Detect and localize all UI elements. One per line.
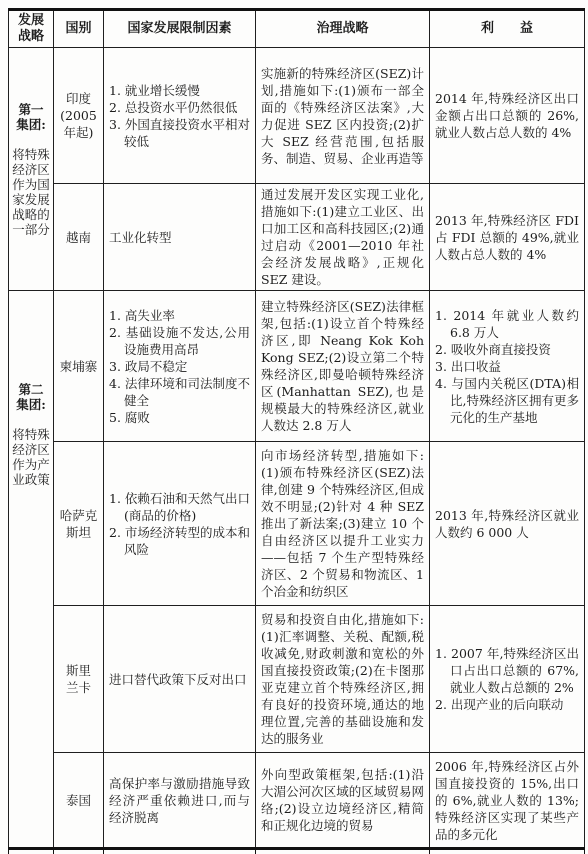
group2-description: 将特殊 经济区 作为产 业政策	[11, 427, 51, 487]
table-continuation-line	[53, 849, 54, 854]
list-item: 2. 市场经济转型的成本和风险	[109, 524, 250, 558]
cell-india-governance: 实施新的特殊经济区(SEZ)计划,措施如下:(1)颁布一部全面的《特殊经济区法案…	[256, 48, 430, 184]
governance-text: 外向型政策框架,包括:(1)沿大湄公河次区域的区域贸易网络;(2)设立边境经济区…	[261, 766, 424, 834]
header-benefits: 利 益	[430, 10, 585, 48]
cell-vietnam-constraints: 工业化转型	[104, 184, 256, 291]
list-item: 3. 政局不稳定	[109, 358, 250, 375]
cell-kazakhstan-governance: 向市场经济转型,措施如下:(1)颁布特殊经济区(SEZ)法律,创建 9 个特殊经…	[256, 442, 430, 606]
row-vietnam: 越南 工业化转型 通过发展开发区实现工业化,措施如下:(1)建立工业区、出口加工…	[9, 184, 585, 291]
table-continuation-line	[255, 849, 256, 854]
list-item: 1. 2007 年,特殊经济区出口占出口总额的 67%,就业人数占总额的 2%	[435, 645, 579, 696]
cell-thailand-constraints: 高保护率与激励措施导致经济严重依赖进口,而与经济脱离	[104, 753, 256, 849]
row-india: 第一 集团: 将特殊 经济区 作为国 家发展 战略的 一部分 印度 (2005 …	[9, 48, 585, 184]
governance-text: 实施新的特殊经济区(SEZ)计划,措施如下:(1)颁布一部全面的《特殊经济区法案…	[261, 65, 424, 167]
cell-india-country: 印度 (2005 年起)	[54, 48, 104, 184]
list-item: 2. 出现产业的后向联动	[435, 696, 579, 713]
list-item: 3. 出口收益	[435, 358, 579, 375]
cell-india-constraints: 1. 就业增长缓慢 2. 总投资水平仍然很低 3. 外国直接投资水平相对较低	[104, 48, 256, 184]
benefits-text: 2014 年,特殊经济区出口金额占出口总额的 26%,就业人数占总人数的 4%	[435, 90, 579, 141]
list-item: 2. 总投资水平仍然很低	[109, 99, 250, 116]
cell-thailand-benefits: 2006 年,特殊经济区占外国直接投资的 15%,出口的 6%,就业人数的 13…	[430, 753, 585, 849]
cell-thailand-country: 泰国	[54, 753, 104, 849]
table-continuation-line	[584, 849, 585, 854]
group1-title: 第一 集团:	[11, 102, 51, 132]
cell-cambodia-constraints: 1. 高失业率 2. 基础设施不发达,公用设施费用高昂 3. 政局不稳定 4. …	[104, 291, 256, 442]
list-item: 3. 外国直接投资水平相对较低	[109, 116, 250, 150]
governance-text: 贸易和投资自由化,措施如下:(1)汇率调整、关税、配额,税收减免,财政刺激和宽松…	[261, 611, 424, 747]
cell-kazakhstan-benefits: 2013 年,特殊经济区就业人数约 6 000 人	[430, 442, 585, 606]
group1-label: 第一 集团: 将特殊 经济区 作为国 家发展 战略的 一部分	[11, 87, 51, 252]
list-item: 1. 2014 年就业人数约 6.8 万人	[435, 307, 579, 341]
row-thailand: 泰国 高保护率与激励措施导致经济严重依赖进口,而与经济脱离 外向型政策框架,包括…	[9, 753, 585, 849]
list-item: 2. 吸收外商直接投资	[435, 341, 579, 358]
cell-vietnam-benefits: 2013 年,特殊经济区 FDI 占 FDI 总额的 49%,就业人数占总人数的…	[430, 184, 585, 291]
governance-text: 建立特殊经济区(SEZ)法律框架,包括:(1)设立首个特殊经济区,即 Neang…	[261, 298, 424, 434]
group2-label: 第二 集团: 将特殊 经济区 作为产 业政策	[11, 367, 51, 502]
row-cambodia: 第二 集团: 将特殊 经济区 作为产 业政策 柬埔寨 1. 高失业率 2. 基础…	[9, 291, 585, 442]
constraints-text: 高保护率与激励措施导致经济严重依赖进口,而与经济脱离	[109, 775, 250, 826]
header-development-strategy: 发展 战略	[9, 10, 54, 48]
header-constraints: 国家发展限制因素	[104, 10, 256, 48]
governance-text: 向市场经济转型,措施如下:(1)颁布特殊经济区(SEZ)法律,创建 9 个特殊经…	[261, 447, 424, 600]
header-country: 国别	[54, 10, 104, 48]
cell-vietnam-governance: 通过发展开发区实现工业化,措施如下:(1)建立工业区、出口加工区和高科技园区;(…	[256, 184, 430, 291]
list-item: 4. 法律环境和司法制度不健全	[109, 375, 250, 409]
cell-srilanka-benefits: 1. 2007 年,特殊经济区出口占出口总额的 67%,就业人数占总额的 2% …	[430, 606, 585, 753]
cell-srilanka-constraints: 进口替代政策下反对出口	[104, 606, 256, 753]
list-item: 2. 基础设施不发达,公用设施费用高昂	[109, 324, 250, 358]
row-srilanka: 斯里 兰卡 进口替代政策下反对出口 贸易和投资自由化,措施如下:(1)汇率调整、…	[9, 606, 585, 753]
table-header-row: 发展 战略 国别 国家发展限制因素 治理战略 利 益	[9, 10, 585, 48]
list-item: 1. 就业增长缓慢	[109, 82, 250, 99]
benefits-text: 2013 年,特殊经济区就业人数约 6 000 人	[435, 507, 579, 541]
cell-vietnam-country: 越南	[54, 184, 104, 291]
table-continuation-line	[103, 849, 104, 854]
cell-cambodia-governance: 建立特殊经济区(SEZ)法律框架,包括:(1)设立首个特殊经济区,即 Neang…	[256, 291, 430, 442]
cell-india-benefits: 2014 年,特殊经济区出口金额占出口总额的 26%,就业人数占总人数的 4%	[430, 48, 585, 184]
benefits-text: 2013 年,特殊经济区 FDI 占 FDI 总额的 49%,就业人数占总人数的…	[435, 212, 579, 263]
table-continuation-line	[8, 849, 9, 854]
cell-cambodia-country: 柬埔寨	[54, 291, 104, 442]
constraints-text: 进口替代政策下反对出口	[109, 671, 250, 688]
list-item: 5. 腐败	[109, 409, 250, 426]
cell-cambodia-benefits: 1. 2014 年就业人数约 6.8 万人 2. 吸收外商直接投资 3. 出口收…	[430, 291, 585, 442]
cell-group2-label: 第二 集团: 将特殊 经济区 作为产 业政策	[9, 291, 54, 849]
cell-srilanka-country: 斯里 兰卡	[54, 606, 104, 753]
group2-title: 第二 集团:	[11, 382, 51, 412]
list-item: 4. 与国内关税区(DTA)相比,特殊经济区拥有更多元化的生产基地	[435, 375, 579, 426]
cell-kazakhstan-country: 哈萨克 斯坦	[54, 442, 104, 606]
cell-group1-label: 第一 集团: 将特殊 经济区 作为国 家发展 战略的 一部分	[9, 48, 54, 291]
cell-kazakhstan-constraints: 1. 依赖石油和天然气出口(商品的价格) 2. 市场经济转型的成本和风险	[104, 442, 256, 606]
benefits-text: 2006 年,特殊经济区占外国直接投资的 15%,出口的 6%,就业人数的 13…	[435, 758, 579, 843]
cell-thailand-governance: 外向型政策框架,包括:(1)沿大湄公河次区域的区域贸易网络;(2)设立边境经济区…	[256, 753, 430, 849]
cell-srilanka-governance: 贸易和投资自由化,措施如下:(1)汇率调整、关税、配额,税收减免,财政刺激和宽松…	[256, 606, 430, 753]
book-page: 发展 战略 国别 国家发展限制因素 治理战略 利 益 第一 集团: 将特殊 经济…	[0, 0, 588, 854]
row-kazakhstan: 哈萨克 斯坦 1. 依赖石油和天然气出口(商品的价格) 2. 市场经济转型的成本…	[9, 442, 585, 606]
constraints-text: 工业化转型	[109, 229, 250, 246]
list-item: 1. 依赖石油和天然气出口(商品的价格)	[109, 490, 250, 524]
header-governance: 治理战略	[256, 10, 430, 48]
table-continuation-line	[429, 849, 430, 854]
governance-text: 通过发展开发区实现工业化,措施如下:(1)建立工业区、出口加工区和高科技园区;(…	[261, 186, 424, 288]
group1-description: 将特殊 经济区 作为国 家发展 战略的 一部分	[11, 147, 51, 237]
list-item: 1. 高失业率	[109, 307, 250, 324]
sez-comparison-table: 发展 战略 国别 国家发展限制因素 治理战略 利 益 第一 集团: 将特殊 经济…	[8, 8, 585, 850]
